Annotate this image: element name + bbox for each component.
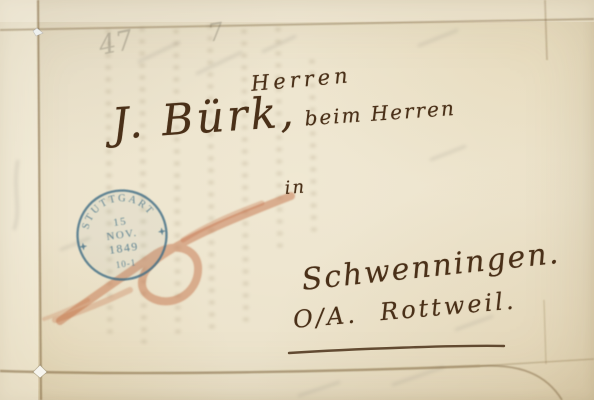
address-underline-flourish xyxy=(289,346,504,353)
recipient-suffix: beim Herren xyxy=(304,96,457,131)
paper-left-flap xyxy=(0,0,38,400)
postmark-stamp: STUTTGART 15 NOV. 1849 10-1 xyxy=(72,185,173,286)
crayon-rate-6 xyxy=(44,196,291,321)
paper-top-strip xyxy=(0,0,594,22)
postmark-day-text: 15 xyxy=(112,215,128,229)
letter-overlay-graphics: STUTTGART 15 NOV. 1849 10-1 xyxy=(0,0,594,400)
letter-photo: STUTTGART 15 NOV. 1849 10-1 Herren J. Bü… xyxy=(0,0,594,400)
handwritten-preposition: in xyxy=(284,177,307,199)
fold-creases xyxy=(0,0,594,400)
